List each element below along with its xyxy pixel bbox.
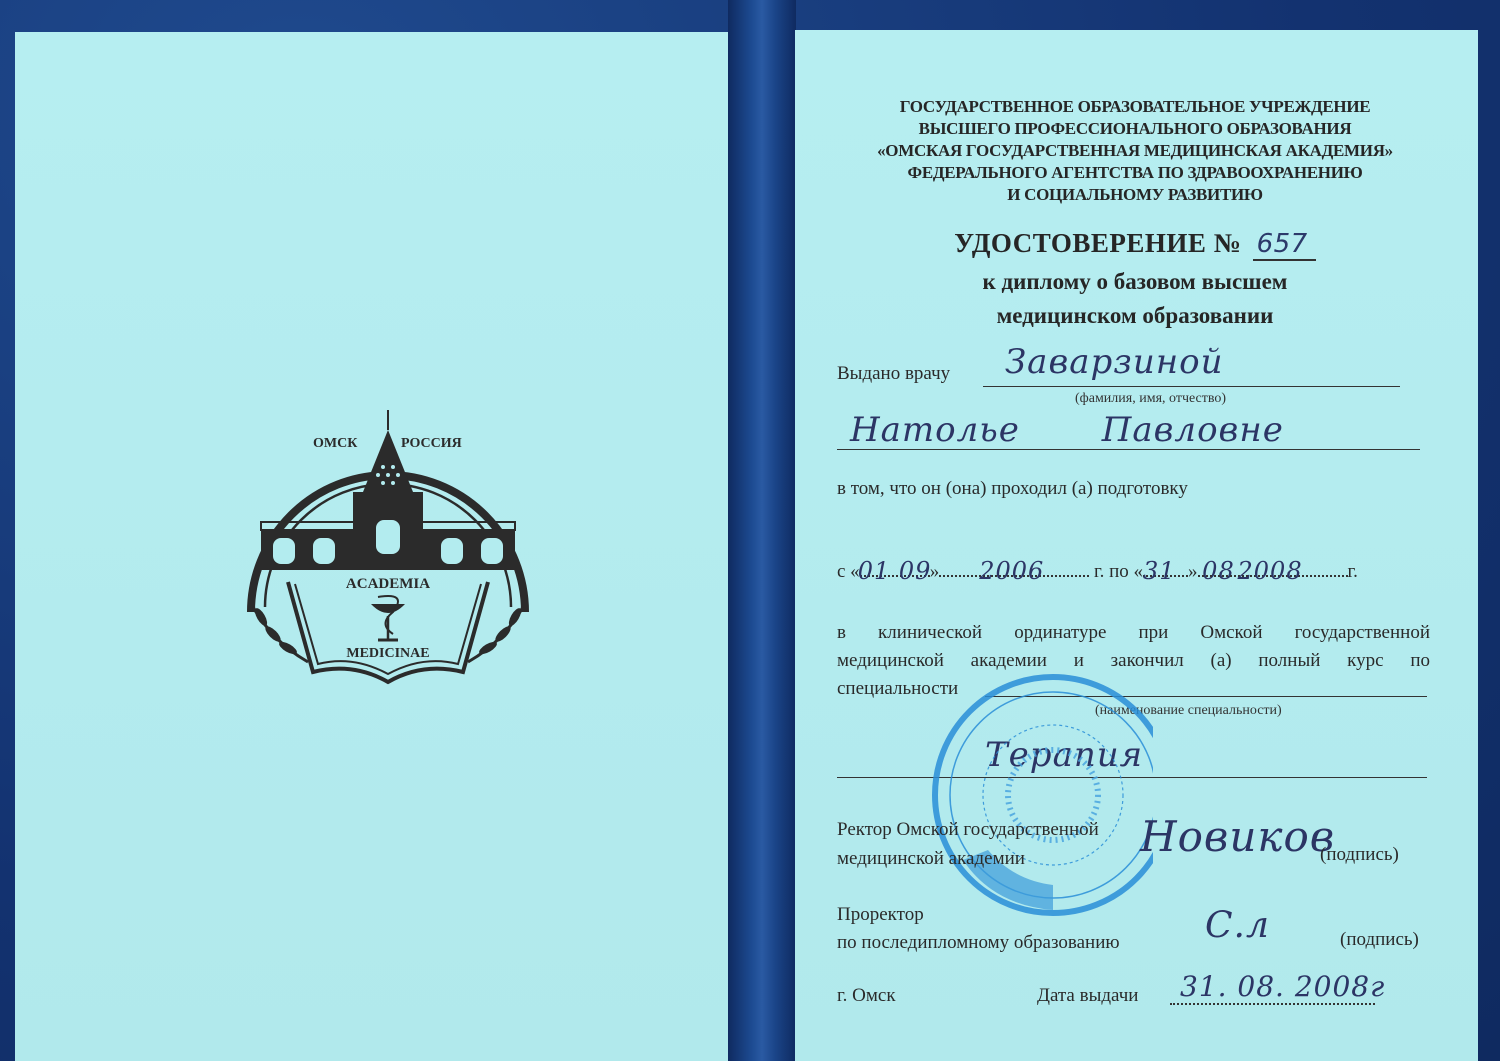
year-suffix: г. xyxy=(1348,561,1358,582)
training-period: с «01 09»2006 г. по «31 08»2008г. xyxy=(837,561,1358,583)
prorector-signature: С.л xyxy=(1205,905,1270,946)
given-names-handwritten: Натолье Павловне xyxy=(850,410,1284,450)
certificate-title: УДОСТОВЕРЕНИЕ № 657 xyxy=(840,228,1430,259)
issue-date-field xyxy=(1170,1003,1375,1005)
prorector-signature-caption: (подпись) xyxy=(1340,929,1419,951)
year-suffix: г. xyxy=(1094,561,1104,582)
training-text: в том, что он (она) проходил (а) подгото… xyxy=(837,478,1188,500)
rector-signature: Новиков xyxy=(1140,812,1335,861)
issue-date-handwritten: 31. 08. 2008г xyxy=(1180,970,1385,1003)
institution-header: ГОСУДАРСТВЕННОЕ ОБРАЗОВАТЕЛЬНОЕ УЧРЕЖДЕН… xyxy=(835,96,1435,206)
round-seal-icon xyxy=(903,660,1153,925)
city-label: г. Омск xyxy=(837,985,896,1007)
cover-spine xyxy=(728,0,796,1061)
issued-to-label: Выдано врачу xyxy=(837,363,950,385)
surname-line xyxy=(983,386,1400,387)
academy-emblem-icon: ОМСК РОССИЯ ACADEMIA MEDICINAE xyxy=(233,372,543,692)
to-day-month-field: 31 08 xyxy=(1143,575,1188,577)
svg-text:РОССИЯ: РОССИЯ xyxy=(401,436,462,451)
period-to-prefix: по « xyxy=(1109,561,1143,582)
from-day-month-field: 01 09 xyxy=(860,575,930,577)
svg-text:MEDICINAE: MEDICINAE xyxy=(346,646,429,661)
svg-text:ОМСК: ОМСК xyxy=(313,436,358,451)
svg-text:ACADEMIA: ACADEMIA xyxy=(346,576,430,592)
prorector-label: Проректор по последипломному образованию xyxy=(837,901,1120,957)
header-line: ВЫСШЕГО ПРОФЕССИОНАЛЬНОГО ОБРАЗОВАНИЯ xyxy=(835,118,1435,140)
surname-handwritten: Заварзиной xyxy=(1005,342,1223,382)
period-from-prefix: с « xyxy=(837,561,860,582)
academy-emblem: ОМСК РОССИЯ ACADEMIA MEDICINAE xyxy=(233,372,543,692)
to-year-field: 2008 xyxy=(1198,575,1348,577)
subtitle-line: к диплому о базовом высшем xyxy=(840,265,1430,299)
name-caption: (фамилия, имя, отчество) xyxy=(1075,391,1226,407)
header-line: ФЕДЕРАЛЬНОГО АГЕНТСТВА ПО ЗДРАВООХРАНЕНИ… xyxy=(835,162,1435,184)
rector-label: Ректор Омской государственной медицинско… xyxy=(837,815,1099,873)
issue-date-label: Дата выдачи xyxy=(1037,985,1138,1007)
header-line: «ОМСКАЯ ГОСУДАРСТВЕННАЯ МЕДИЦИНСКАЯ АКАД… xyxy=(835,140,1435,162)
rector-signature-caption: (подпись) xyxy=(1320,844,1399,866)
from-year-field: 2006 xyxy=(939,575,1089,577)
certificate-number: 657 xyxy=(1253,229,1316,261)
subtitle-line: медицинском образовании xyxy=(840,299,1430,333)
certificate-subtitle: к диплому о базовом высшем медицинском о… xyxy=(840,265,1430,333)
header-line: ГОСУДАРСТВЕННОЕ ОБРАЗОВАТЕЛЬНОЕ УЧРЕЖДЕН… xyxy=(835,96,1435,118)
title-text: УДОСТОВЕРЕНИЕ № xyxy=(954,228,1241,258)
header-line: И СОЦИАЛЬНОМУ РАЗВИТИЮ xyxy=(835,184,1435,206)
official-stamp xyxy=(903,660,1153,925)
